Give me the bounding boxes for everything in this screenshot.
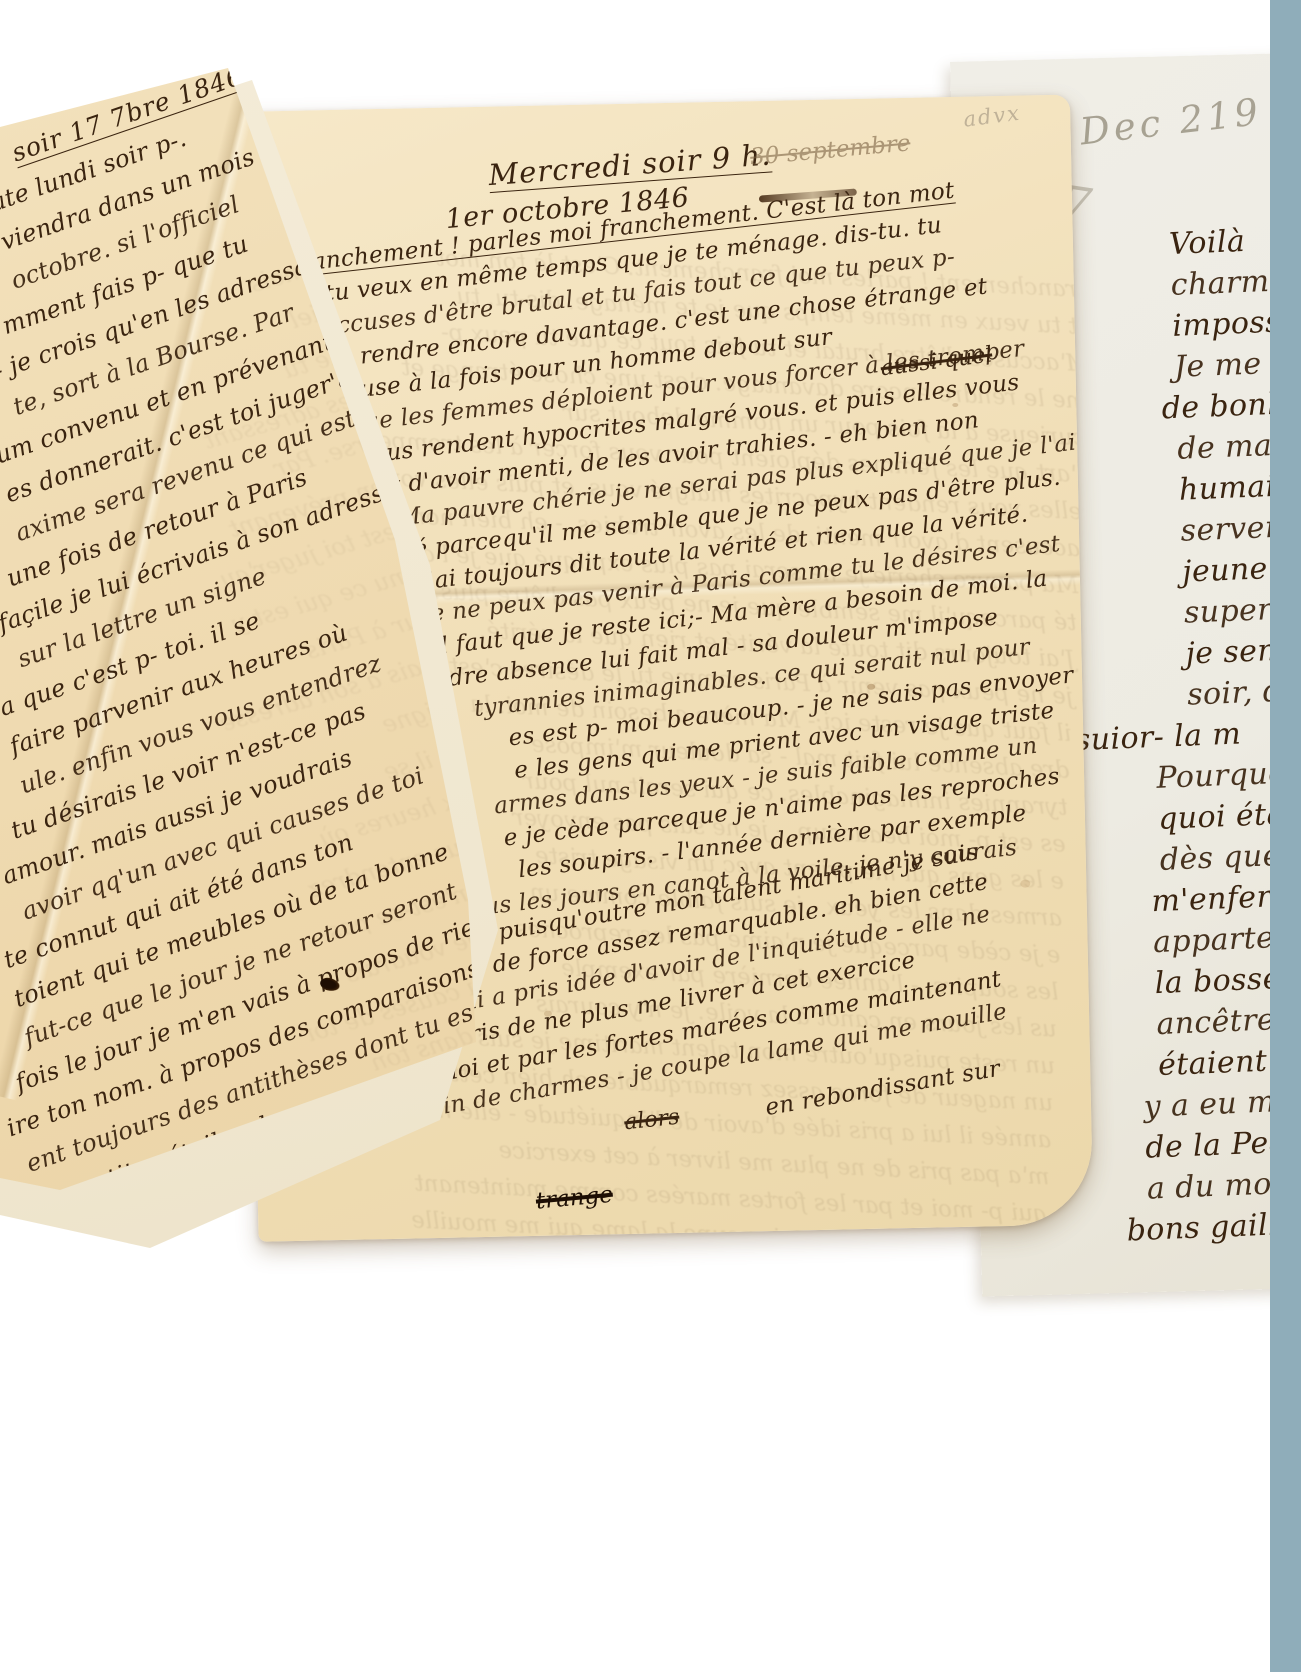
page-margin-stripe: [1270, 0, 1301, 1672]
ghost-handwriting-line: bons gaillards: [983, 1247, 1301, 1296]
letters-photograph: VoilàcharmimpossJe mede bonhde mahumaine…: [0, 0, 1301, 1672]
struck-date: 30 septembre: [749, 130, 911, 170]
ghost-handwriting-line: au - toutes les petites étoiles: [126, 1252, 812, 1489]
pencil-annotation: advx: [962, 101, 1022, 132]
pencil-inventory-number: Dec 219: [1078, 90, 1264, 153]
ghost-handwriting-line: i. des petites étoiles demon: [113, 1208, 799, 1445]
letter-dateline: Mercredi soir 9 h.: [487, 137, 772, 192]
